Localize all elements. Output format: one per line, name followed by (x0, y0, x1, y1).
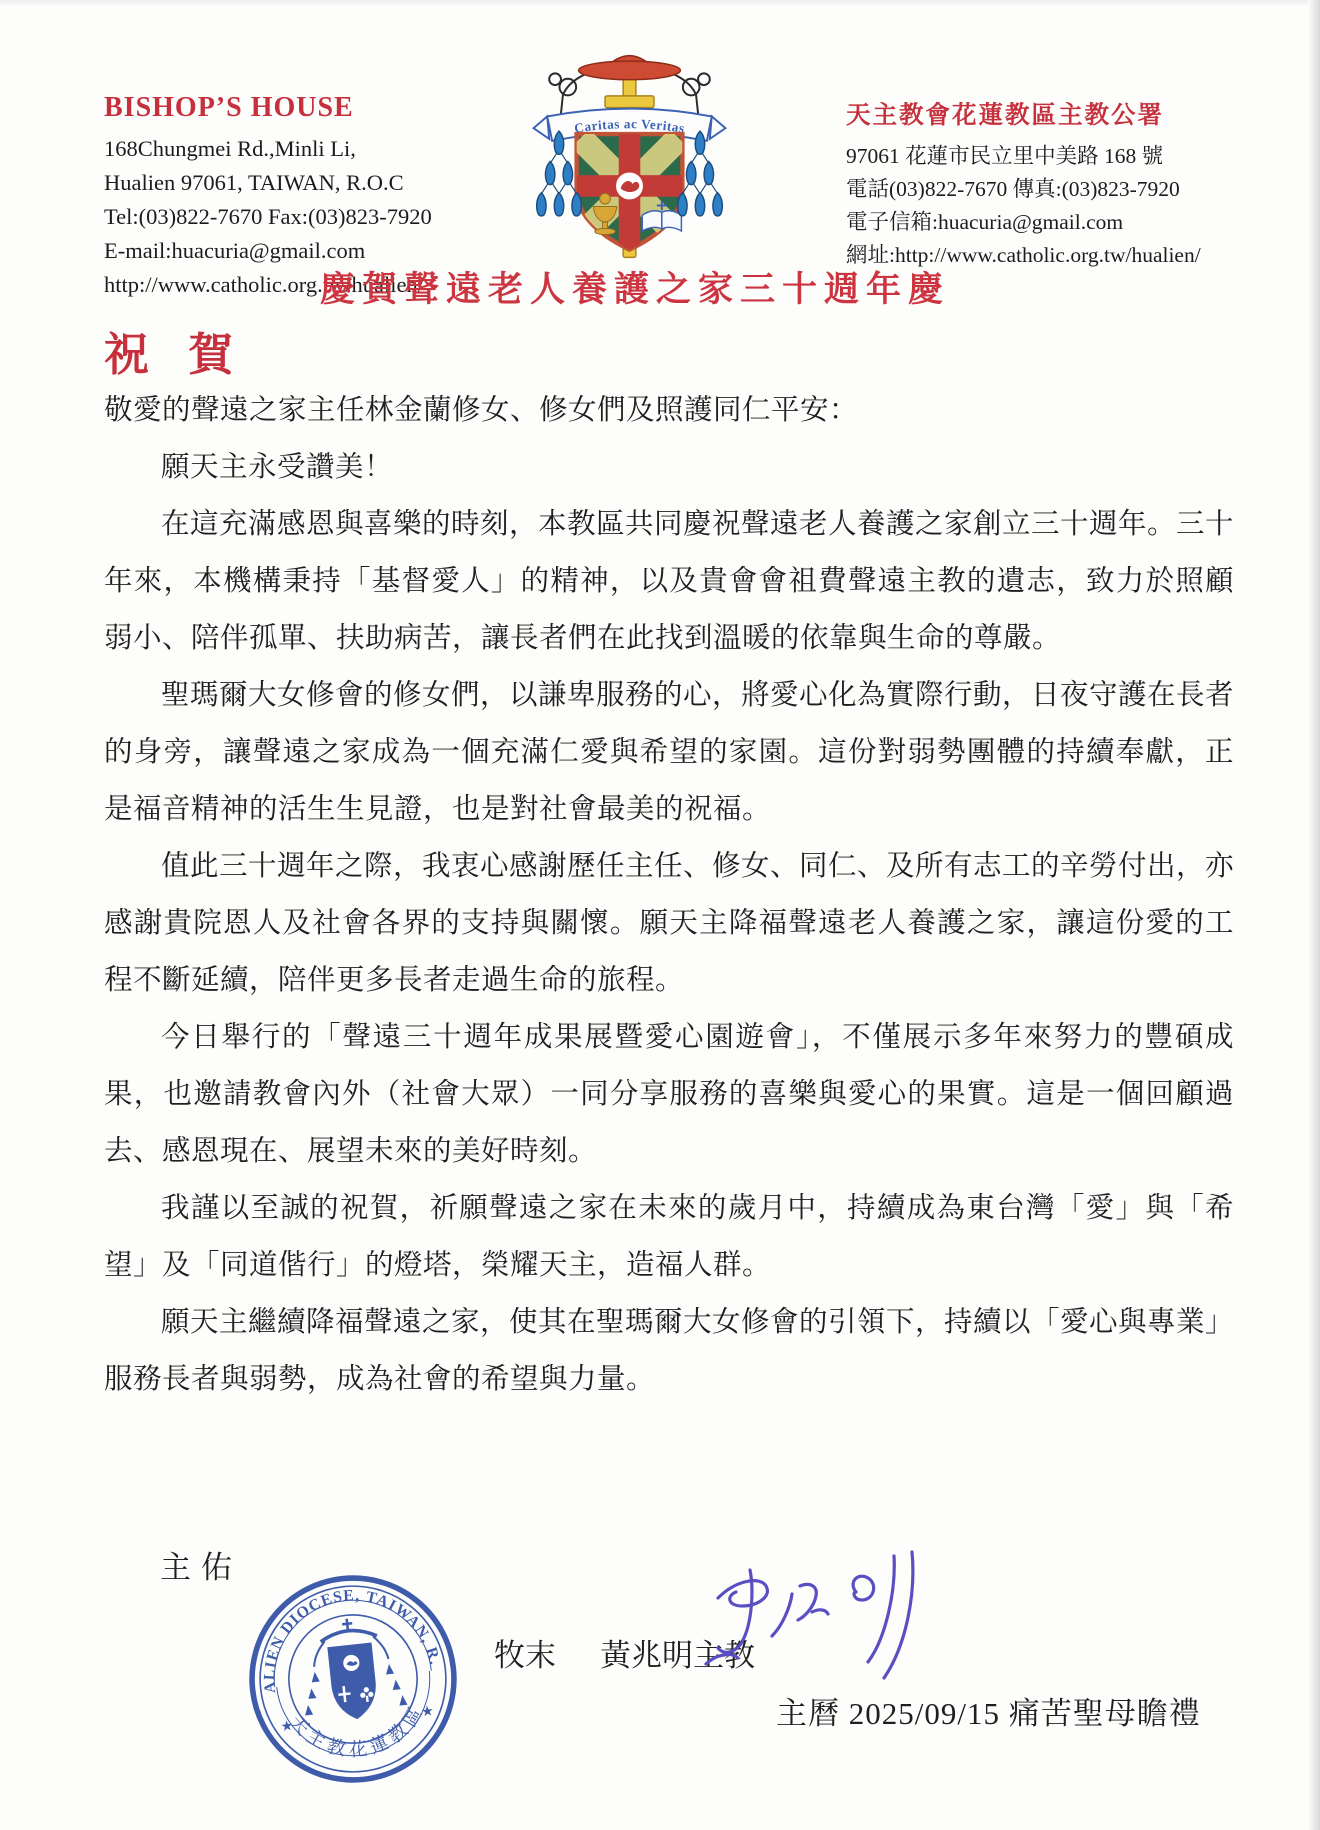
letter-paragraph: 敬愛的聲遠之家主任林金蘭修女、修女們及照護同仁平安： (104, 382, 1234, 439)
address-line: Hualien 97061, TAIWAN, R.O.C (104, 166, 504, 200)
diocese-office-title: 天主教會花蓮教區主教公署 (846, 96, 1286, 131)
bishop-coat-of-arms-icon: Caritas ac Veritas (512, 42, 747, 277)
letter-paragraph: 願天主永受讚美！ (104, 439, 1234, 496)
letter-body: 敬愛的聲遠之家主任林金蘭修女、修女們及照護同仁平安： 願天主永受讚美！ 在這充滿… (104, 382, 1234, 1408)
phone-fax-line: 電話(03)822-7670 傳真:(03)823-7920 (846, 173, 1286, 206)
signature-handwriting (688, 1538, 938, 1706)
bishops-house-title: BISHOP’S HOUSE (104, 92, 504, 124)
address-line: 97061 花蓮市民立里中美路 168 號 (846, 140, 1286, 173)
phone-fax-line: Tel:(03)822-7670 Fax:(03)823-7920 (104, 200, 504, 234)
letter-footer: 主佑 HUALIEN DIOCESE, TAIWAN, R.O.C. 天主教花蓮… (0, 1480, 1320, 1830)
blessing-text: 主佑 (160, 1542, 242, 1587)
letter-paragraph: 我謹以至誠的祝賀，祈願聲遠之家在未來的歲月中，持續成為東台灣「愛」與「希望」及「… (104, 1180, 1234, 1294)
seal-star-right: ★ (420, 1703, 434, 1720)
letter-title: 慶賀聲遠老人養護之家三十週年慶 (0, 262, 1295, 312)
galero-hat-icon (579, 56, 681, 80)
letter-paragraph: 值此三十週年之際，我衷心感謝歷任主任、修女、同仁、及所有志工的辛勞付出，亦感謝貴… (104, 838, 1234, 1009)
letter-paragraph: 願天主繼續降福聲遠之家，使其在聖瑪爾大女修會的引領下，持續以「愛心與專業」服務長… (104, 1294, 1234, 1408)
email-line: 電子信箱:huacuria@gmail.com (846, 206, 1286, 239)
letter-paragraph: 今日舉行的「聲遠三十週年成果展暨愛心園遊會」，不僅展示多年來努力的豐碩成果，也邀… (104, 1009, 1234, 1180)
banner-fold (710, 116, 726, 139)
signoff-label: 牧末 (494, 1638, 556, 1673)
scan-edge (0, 0, 1320, 6)
date-line: 主曆 2025/09/15 痛苦聖母瞻禮 (776, 1688, 1201, 1733)
congratulation-heading: 祝 賀 (104, 318, 247, 383)
letter-page: BISHOP’S HOUSE 168Chungmei Rd.,Minli Li,… (0, 0, 1320, 1830)
seal-star-left: ★ (280, 1718, 294, 1735)
letter-paragraph: 聖瑪爾大女修會的修女們，以謙卑服務的心，將愛心化為實際行動，日夜守護在長者的身旁… (104, 667, 1234, 838)
diocese-seal-stamp: HUALIEN DIOCESE, TAIWAN, R.O.C. 天主教花蓮教區 … (246, 1572, 460, 1786)
banner-fold (534, 116, 550, 139)
address-line: 168Chungmei Rd.,Minli Li, (104, 132, 504, 166)
letter-paragraph: 在這充滿感恩與喜樂的時刻，本教區共同慶祝聲遠老人養護之家創立三十週年。三十年來，… (104, 496, 1234, 667)
header-chinese-block: 天主教會花蓮教區主教公署 97061 花蓮市民立里中美路 168 號 電話(03… (846, 96, 1286, 272)
